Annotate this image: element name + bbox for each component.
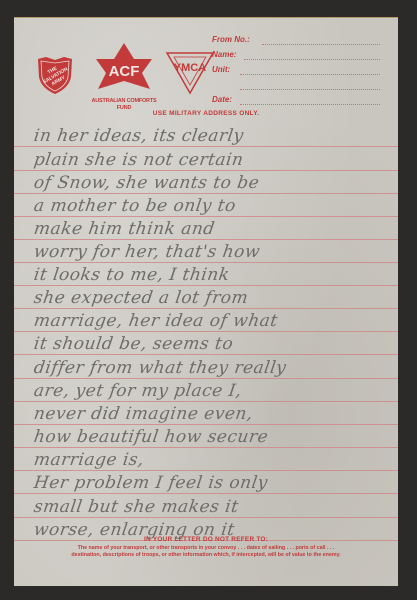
date-label: Date: bbox=[212, 95, 232, 104]
date-field[interactable] bbox=[240, 104, 380, 105]
handwritten-line: it should be, seems to bbox=[33, 334, 235, 354]
letterhead-logos: THE SALVATION ARMY ACF AUSTRALIAN COMFOR… bbox=[36, 43, 211, 113]
ruled-line bbox=[14, 424, 398, 425]
military-address-notice: USE MILITARY ADDRESS ONLY. bbox=[14, 110, 398, 117]
censorship-notice: IN YOUR LETTER DO NOT REFER TO: The name… bbox=[14, 536, 398, 559]
handwritten-line: she expected a lot from bbox=[33, 288, 250, 308]
ruled-line bbox=[14, 239, 398, 240]
letter-sheet: THE SALVATION ARMY ACF AUSTRALIAN COMFOR… bbox=[14, 17, 398, 586]
ruled-line bbox=[14, 447, 398, 448]
handwritten-line: of Snow, she wants to be bbox=[33, 173, 261, 193]
name-field[interactable] bbox=[244, 59, 380, 60]
svg-text:YMCA: YMCA bbox=[174, 62, 206, 74]
ruled-line bbox=[14, 331, 398, 332]
ymca-triangle-icon: YMCA bbox=[166, 51, 214, 99]
ruled-line bbox=[14, 378, 398, 379]
acf-logo: ACF AUSTRALIAN COMFORTS FUND bbox=[84, 43, 164, 103]
censorship-notice-line1: The name of your transport, or other tra… bbox=[14, 545, 398, 552]
handwritten-line: plain she is not certain bbox=[33, 150, 245, 170]
handwritten-line: make him think and bbox=[33, 219, 217, 239]
ruled-line bbox=[14, 285, 398, 286]
ruled-line bbox=[14, 470, 398, 471]
censorship-notice-line2: destination, descriptions of troops, or … bbox=[14, 552, 398, 559]
unit-field[interactable] bbox=[240, 74, 380, 75]
ruled-line bbox=[14, 354, 398, 355]
handwritten-line: are, yet for my place I, bbox=[33, 381, 244, 401]
handwritten-line: differ from what they really bbox=[33, 358, 288, 378]
handwritten-line: never did imagine even, bbox=[33, 404, 255, 424]
ruled-line bbox=[14, 262, 398, 263]
handwritten-line: a mother to be only to bbox=[33, 196, 238, 216]
ruled-line bbox=[14, 193, 398, 194]
acf-star-icon: ACF bbox=[84, 43, 164, 99]
name-label: Name: bbox=[212, 50, 236, 59]
censorship-notice-title: IN YOUR LETTER DO NOT REFER TO: bbox=[14, 536, 398, 543]
handwritten-line: how beautiful how secure bbox=[33, 427, 270, 447]
handwritten-line: worry for her, that's how bbox=[33, 242, 262, 262]
ruled-line bbox=[14, 216, 398, 217]
handwritten-line: marriage, her idea of what bbox=[33, 311, 279, 331]
acf-caption-line1: AUSTRALIAN COMFORTS bbox=[84, 98, 164, 105]
ruled-line bbox=[14, 493, 398, 494]
ruled-line bbox=[14, 517, 398, 518]
unit-field-line2[interactable] bbox=[240, 89, 380, 90]
ruled-line bbox=[14, 170, 398, 171]
handwritten-line: marriage is, bbox=[33, 450, 146, 470]
handwritten-line: Her problem I feel is only bbox=[33, 473, 270, 493]
handwritten-line: small but she makes it bbox=[33, 497, 240, 517]
salvation-army-shield-icon: THE SALVATION ARMY bbox=[36, 55, 74, 95]
from-no-label: From No.: bbox=[212, 35, 250, 44]
ruled-line bbox=[14, 401, 398, 402]
unit-label: Unit: bbox=[212, 65, 230, 74]
handwritten-line: in her ideas, its clearly bbox=[33, 126, 245, 146]
from-no-field[interactable] bbox=[262, 44, 380, 45]
handwritten-line: it looks to me, I think bbox=[33, 265, 231, 285]
svg-text:ACF: ACF bbox=[109, 63, 140, 80]
ruled-line bbox=[14, 146, 398, 147]
ruled-line bbox=[14, 308, 398, 309]
